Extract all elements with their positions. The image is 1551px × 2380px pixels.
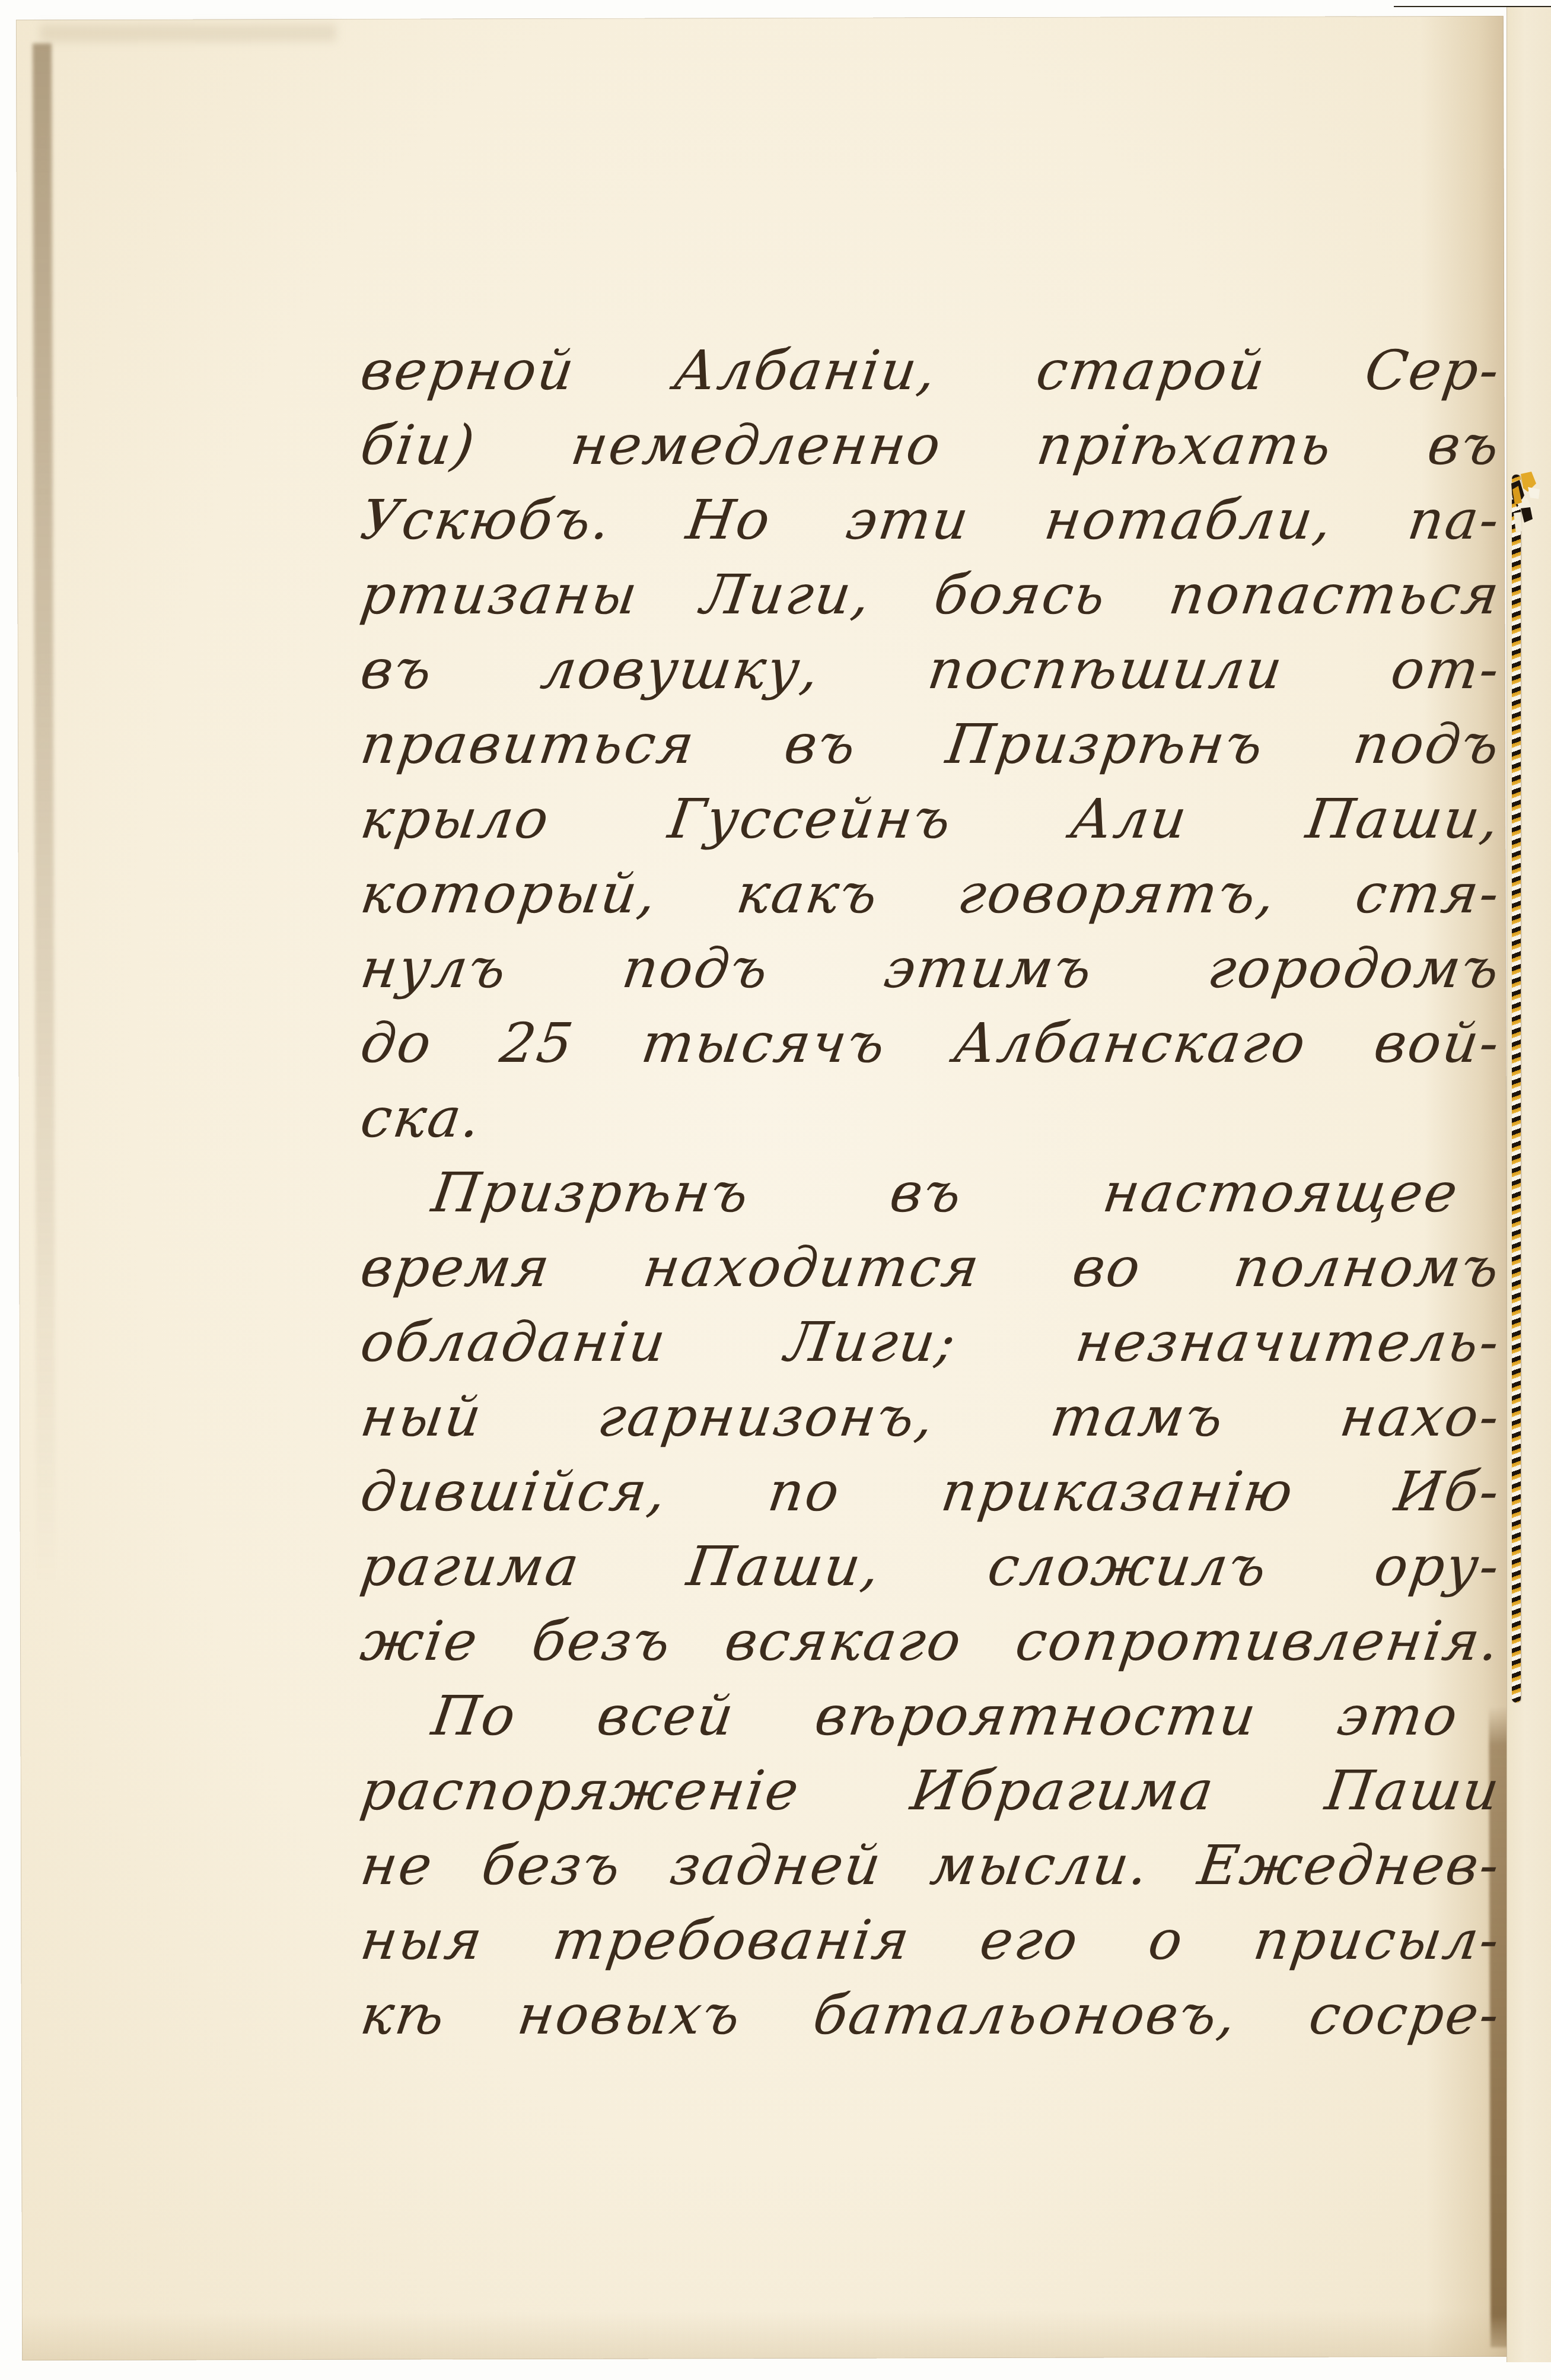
text-line: крылоГуссейнъАлиПаши,: [356, 781, 1505, 858]
word: распоряженіе: [356, 1752, 805, 1829]
word: подъ: [617, 930, 775, 1007]
word: дившійся,: [356, 1453, 673, 1531]
word: нахо-: [1335, 1379, 1505, 1456]
word: сосре-: [1304, 1977, 1505, 2054]
word: сопротивленія.: [1011, 1603, 1505, 1680]
word: жіе: [356, 1603, 484, 1680]
word: всякаго: [720, 1603, 967, 1680]
word: немедленно: [566, 407, 947, 484]
left-edge-stain: [33, 43, 56, 1586]
word: па-: [1403, 482, 1505, 559]
word: присыл-: [1249, 1902, 1505, 1979]
word: ныя: [356, 1902, 489, 1979]
binding-cord: [1512, 475, 1521, 1703]
text-line: до25тысячъАлбанскаговой-: [356, 1005, 1505, 1082]
word: ска.: [356, 1080, 487, 1157]
word: от-: [1386, 631, 1505, 708]
word: кѣ: [356, 1977, 451, 2054]
word: вѣроятности: [810, 1678, 1262, 1755]
word: стя-: [1351, 855, 1505, 933]
word: поспѣшили: [923, 631, 1288, 708]
word: ору-: [1370, 1528, 1505, 1605]
text-line: въловушку,поспѣшилиот-: [356, 631, 1505, 708]
word: Паши,: [682, 1528, 886, 1605]
word: гарнизонъ,: [593, 1379, 940, 1456]
word: въ: [356, 631, 438, 708]
top-edge-stain: [40, 24, 336, 42]
word: Призрѣнъ: [941, 706, 1269, 783]
word: мысли.: [926, 1827, 1155, 1904]
word: приказанію: [937, 1453, 1300, 1531]
text-line: жіебезъвсякагосопротивленія.: [356, 1603, 1505, 1680]
word: во: [1068, 1229, 1146, 1306]
word: этимъ: [880, 930, 1098, 1007]
word: попасться: [1164, 556, 1505, 634]
text-line: обладаніиЛиги;незначитель-: [356, 1304, 1505, 1381]
word: безъ: [527, 1603, 677, 1680]
word: въ: [779, 706, 862, 783]
word: задней: [665, 1827, 887, 1904]
word: подъ: [1349, 706, 1506, 783]
text-line: ныйгарнизонъ,тамънахо-: [356, 1379, 1505, 1456]
text-line: распоряженіеИбрагимаПаши: [356, 1752, 1505, 1829]
word: Паши,: [1301, 781, 1505, 858]
word: тысячъ: [637, 1005, 891, 1082]
text-line: рагимаПаши,сложилъору-: [356, 1528, 1505, 1605]
word: говорятъ,: [953, 855, 1282, 933]
word: городомъ: [1203, 930, 1506, 1007]
word: его: [975, 1902, 1084, 1979]
word: ртизаны: [356, 556, 644, 634]
text-line: дившійся,поприказаніюИб-: [356, 1453, 1505, 1531]
text-line: ска.: [356, 1080, 1505, 1157]
word: до: [356, 1005, 438, 1082]
word: Паши: [1321, 1752, 1506, 1829]
word: новыхъ: [513, 1977, 747, 2054]
word: правиться: [356, 706, 700, 783]
word: рагима: [356, 1528, 585, 1605]
word: въ: [1423, 407, 1505, 484]
word: Гуссейнъ: [664, 781, 957, 858]
word: это: [1333, 1678, 1464, 1755]
text-line: Ускюбъ.Ноэтинотабли,па-: [356, 482, 1505, 559]
word: сложилъ: [983, 1528, 1272, 1605]
word: обладаніи: [356, 1304, 672, 1381]
word: Албаніи,: [670, 332, 942, 409]
word: Али: [1066, 781, 1193, 858]
text-line: кѣновыхъбатальоновъ,сосре-: [356, 1977, 1505, 2054]
word: время: [356, 1229, 556, 1306]
word: боясь: [929, 556, 1112, 634]
word: ловушку,: [536, 631, 826, 708]
word: въ: [886, 1154, 968, 1232]
word: Иб-: [1390, 1453, 1506, 1531]
word: тамъ: [1046, 1379, 1230, 1456]
text-line: нулъподъэтимъгородомъ: [356, 930, 1505, 1007]
word: вой-: [1370, 1005, 1506, 1082]
word: который,: [356, 855, 663, 933]
word: эти: [841, 482, 974, 559]
word: требованія: [548, 1902, 916, 1979]
word: батальоновъ,: [808, 1977, 1243, 2054]
word: Лиги,: [696, 556, 877, 634]
text-line: который,какъговорятъ,стя-: [356, 855, 1505, 933]
word: нулъ: [356, 930, 512, 1007]
word: нотабли,: [1040, 482, 1339, 559]
text-line: времянаходитсявополномъ: [356, 1229, 1505, 1306]
word: о: [1144, 1902, 1189, 1979]
word: настоящее: [1098, 1154, 1464, 1232]
word: біи): [356, 407, 481, 484]
text-line: правитьсявъПризрѣнъподъ: [356, 706, 1505, 783]
word: Албанскаго: [949, 1005, 1311, 1082]
word: ный: [356, 1379, 488, 1456]
word: Ежеднев-: [1193, 1827, 1505, 1904]
cord-tassel-icon: [1507, 472, 1542, 537]
word: пріѣхать: [1032, 407, 1337, 484]
bottom-edge-discoloration: [22, 2309, 1509, 2361]
word: полномъ: [1229, 1229, 1505, 1306]
word: Призрѣнъ: [427, 1154, 755, 1232]
text-line: Призрѣнъвънастоящее: [356, 1154, 1505, 1232]
text-line: біи)немедленнопріѣхатьвъ: [356, 407, 1505, 484]
text-line: ртизаныЛиги,боясьпопасться: [356, 556, 1505, 634]
word: Ибрагима: [906, 1752, 1219, 1829]
word: Лиги;: [781, 1304, 962, 1381]
word: Но: [681, 482, 776, 559]
word: не: [356, 1827, 438, 1904]
word: незначитель-: [1071, 1304, 1505, 1381]
word: старой: [1031, 332, 1270, 409]
word: крыло: [356, 781, 555, 858]
text-line: Повсейвѣроятностиэто: [356, 1678, 1505, 1755]
word: находится: [638, 1229, 985, 1306]
word: Сер-: [1360, 332, 1505, 409]
word: верной: [356, 332, 580, 409]
word: По: [427, 1678, 522, 1755]
word: 25: [495, 1005, 579, 1082]
text-line: небезъзаднеймысли.Ежеднев-: [356, 1827, 1505, 1904]
word: безъ: [477, 1827, 626, 1904]
word: по: [763, 1453, 846, 1531]
text-line: вернойАлбаніи,старойСер-: [356, 332, 1505, 409]
handwritten-text: вернойАлбаніи,старойСер- біи)немедленноп…: [356, 0, 1495, 2195]
word: всей: [592, 1678, 740, 1755]
text-line: ныятребованіяегооприсыл-: [356, 1902, 1505, 1979]
word: какъ: [732, 855, 884, 933]
word: Ускюбъ.: [356, 482, 617, 559]
